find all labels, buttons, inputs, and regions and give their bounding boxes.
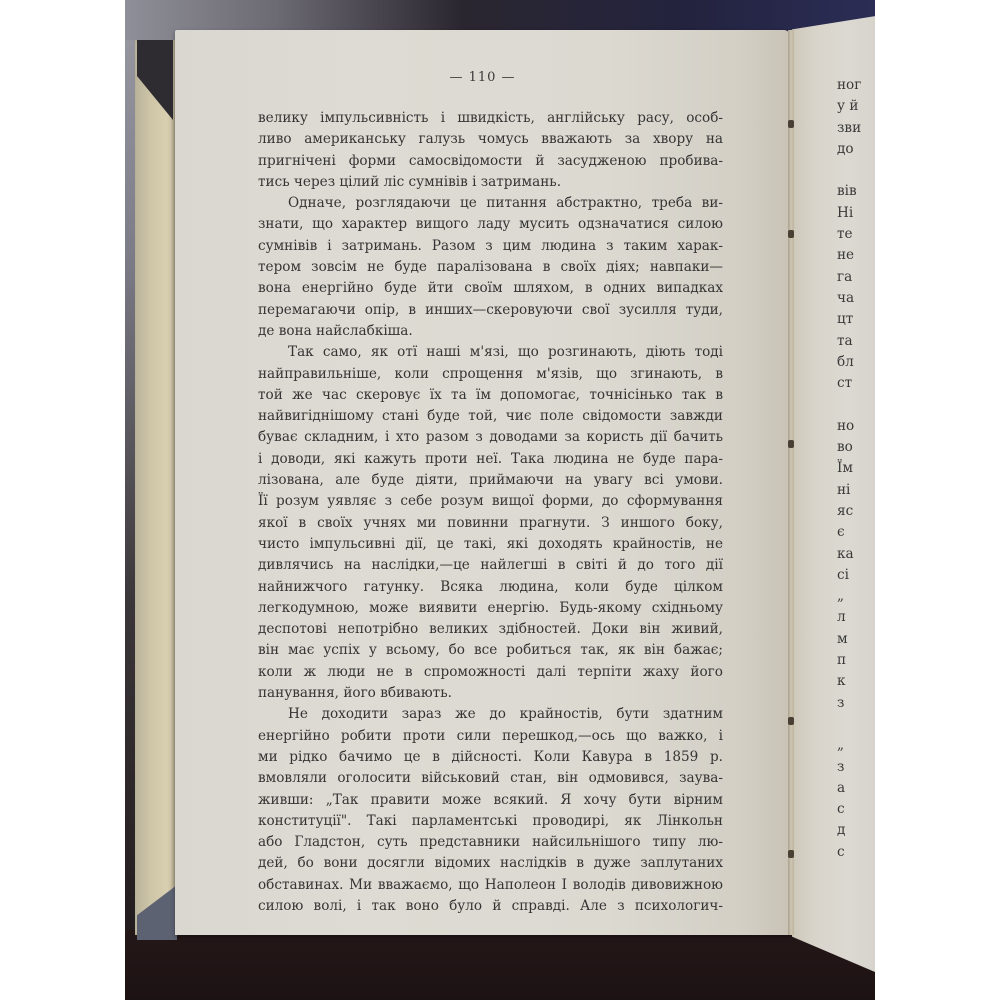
- text-line: Її розум уявляє з себе розум вищої форми…: [258, 491, 723, 512]
- text-line: ливо американську галузь чомусь вважають…: [258, 129, 723, 150]
- right-page-fragment: но: [837, 416, 861, 437]
- text-line: дей, бо вони досягли відомих наслідків в…: [258, 853, 723, 874]
- text-line: конституції". Такі парламентські проводи…: [258, 811, 723, 832]
- right-page-fragment: л: [837, 607, 861, 628]
- right-page-fragment: [837, 714, 861, 735]
- text-line: тись через цілий ліс сумнівів і затриман…: [258, 172, 723, 193]
- text-line: Так само, як отї наші м'язі, що розгинаю…: [258, 342, 723, 363]
- right-page-fragment: с: [837, 799, 861, 820]
- background-surface-bottom: [125, 930, 875, 1000]
- text-line: ми рідко бачимо це в дійсності. Коли Кав…: [258, 747, 723, 768]
- binding-stitch: [788, 120, 794, 128]
- right-page-fragment: м: [837, 629, 861, 650]
- right-page-fragment: зви: [837, 118, 861, 139]
- text-line: панування, його вбивають.: [258, 683, 723, 704]
- right-page-fragment: з: [837, 693, 861, 714]
- right-page-fragment: [837, 160, 861, 181]
- text-line: де вона найслабкіша.: [258, 321, 723, 342]
- text-line: він має успіх у всьому, бо все робиться …: [258, 640, 723, 661]
- book-cover-edge: [135, 40, 175, 935]
- right-page-fragment: те: [837, 224, 861, 245]
- text-line: тером зовсім не буде паралізована в свої…: [258, 257, 723, 278]
- page-body-text: велику імпульсивність і швидкість, англі…: [258, 108, 723, 917]
- text-line: найвигіднішому стані буде той, чиє поле …: [258, 406, 723, 427]
- text-line: найправильніше, коли спрощення м'язів, щ…: [258, 364, 723, 385]
- right-page-fragment: цт: [837, 309, 861, 330]
- text-line: велику імпульсивність і швидкість, англі…: [258, 108, 723, 129]
- right-page-fragment: „: [837, 735, 861, 756]
- text-line: вмовляли оголосити військовий стан, він …: [258, 768, 723, 789]
- right-page-fragment: [837, 394, 861, 415]
- text-line: той же час скеровує їх та їм допомогає, …: [258, 385, 723, 406]
- binding-stitch: [788, 230, 794, 238]
- right-page-fragment: во: [837, 437, 861, 458]
- right-page-fragment: ног: [837, 75, 861, 96]
- text-line: легкодумною, може виявити енергію. Будь-…: [258, 598, 723, 619]
- right-page-fragment: є: [837, 522, 861, 543]
- binding-stitch: [788, 717, 794, 725]
- text-line: і доводи, які кажуть проти неї. Така люд…: [258, 449, 723, 470]
- right-page-fragment: яс: [837, 501, 861, 522]
- right-page-text: ногу йзвидовівНітенегачацттаблстновоЇмні…: [837, 75, 861, 863]
- text-line: пригнічені форми самосвідомости й засудж…: [258, 151, 723, 172]
- text-line: найнижчого гатунку. Всяка людина, коли б…: [258, 577, 723, 598]
- book-gutter: [788, 30, 794, 935]
- right-page-fragment: а: [837, 778, 861, 799]
- right-page: ногу йзвидовівНітенегачацттаблстновоЇмні…: [792, 15, 875, 975]
- right-page-fragment: до: [837, 139, 861, 160]
- text-line: коли ж люди не в спроможності далі терпі…: [258, 662, 723, 683]
- text-line: обставинах. Ми вважаємо, що Наполеон I в…: [258, 875, 723, 896]
- book-photo: ногу йзвидовівНітенегачацттаблстновоЇмні…: [125, 0, 875, 1000]
- right-page-fragment: не: [837, 245, 861, 266]
- text-line: живши: „Так правити може всякий. Я хочу …: [258, 790, 723, 811]
- text-line: чисто імпульсивні дії, це такі, які дохо…: [258, 534, 723, 555]
- right-page-fragment: с: [837, 842, 861, 863]
- right-page-fragment: у й: [837, 96, 861, 117]
- right-page-fragment: „: [837, 586, 861, 607]
- page-number: — 110 —: [175, 70, 790, 85]
- text-line: Одначе, розглядаючи це питання абстрактн…: [258, 193, 723, 214]
- binding-stitch: [788, 440, 794, 448]
- text-line: деспотові непотрібно великих здібностей.…: [258, 619, 723, 640]
- text-line: буває складним, і хто разом з доводами з…: [258, 427, 723, 448]
- left-page: — 110 — велику імпульсивність і швидкіст…: [175, 30, 790, 935]
- right-page-fragment: ні: [837, 480, 861, 501]
- right-page-fragment: к: [837, 671, 861, 692]
- right-page-fragment: п: [837, 650, 861, 671]
- right-page-fragment: та: [837, 331, 861, 352]
- right-page-fragment: га: [837, 267, 861, 288]
- right-page-fragment: вів: [837, 181, 861, 202]
- text-line: знати, що характер вищого ладу мусить од…: [258, 214, 723, 235]
- text-line: вона енергійно буде йти своїм шляхом, в …: [258, 278, 723, 299]
- text-line: якої в своїх учнях ми повинни прагнути. …: [258, 513, 723, 534]
- text-line: сумнівів і затримань. Разом з цим людина…: [258, 236, 723, 257]
- right-page-fragment: сі: [837, 565, 861, 586]
- text-line: перемагаючи опір, в инших—скеровуючи сво…: [258, 300, 723, 321]
- right-page-fragment: бл: [837, 352, 861, 373]
- right-page-fragment: Їм: [837, 458, 861, 479]
- binding-stitch: [788, 850, 794, 858]
- text-line: лізована, але буде діяти, приймаючи на у…: [258, 470, 723, 491]
- text-line: силою волі, і так воно було й справді. А…: [258, 896, 723, 917]
- right-page-fragment: ка: [837, 544, 861, 565]
- text-line: енергійно робити проти сили перешкод,—ос…: [258, 726, 723, 747]
- text-line: або Гладстон, суть представники найсильн…: [258, 832, 723, 853]
- right-page-fragment: з: [837, 757, 861, 778]
- text-line: Не доходити зараз же до крайностів, бути…: [258, 704, 723, 725]
- right-page-fragment: д: [837, 820, 861, 841]
- right-page-fragment: Ні: [837, 203, 861, 224]
- text-line: дивлячись на наслідки,—це найлегші в сві…: [258, 555, 723, 576]
- right-page-fragment: ча: [837, 288, 861, 309]
- right-page-fragment: ст: [837, 373, 861, 394]
